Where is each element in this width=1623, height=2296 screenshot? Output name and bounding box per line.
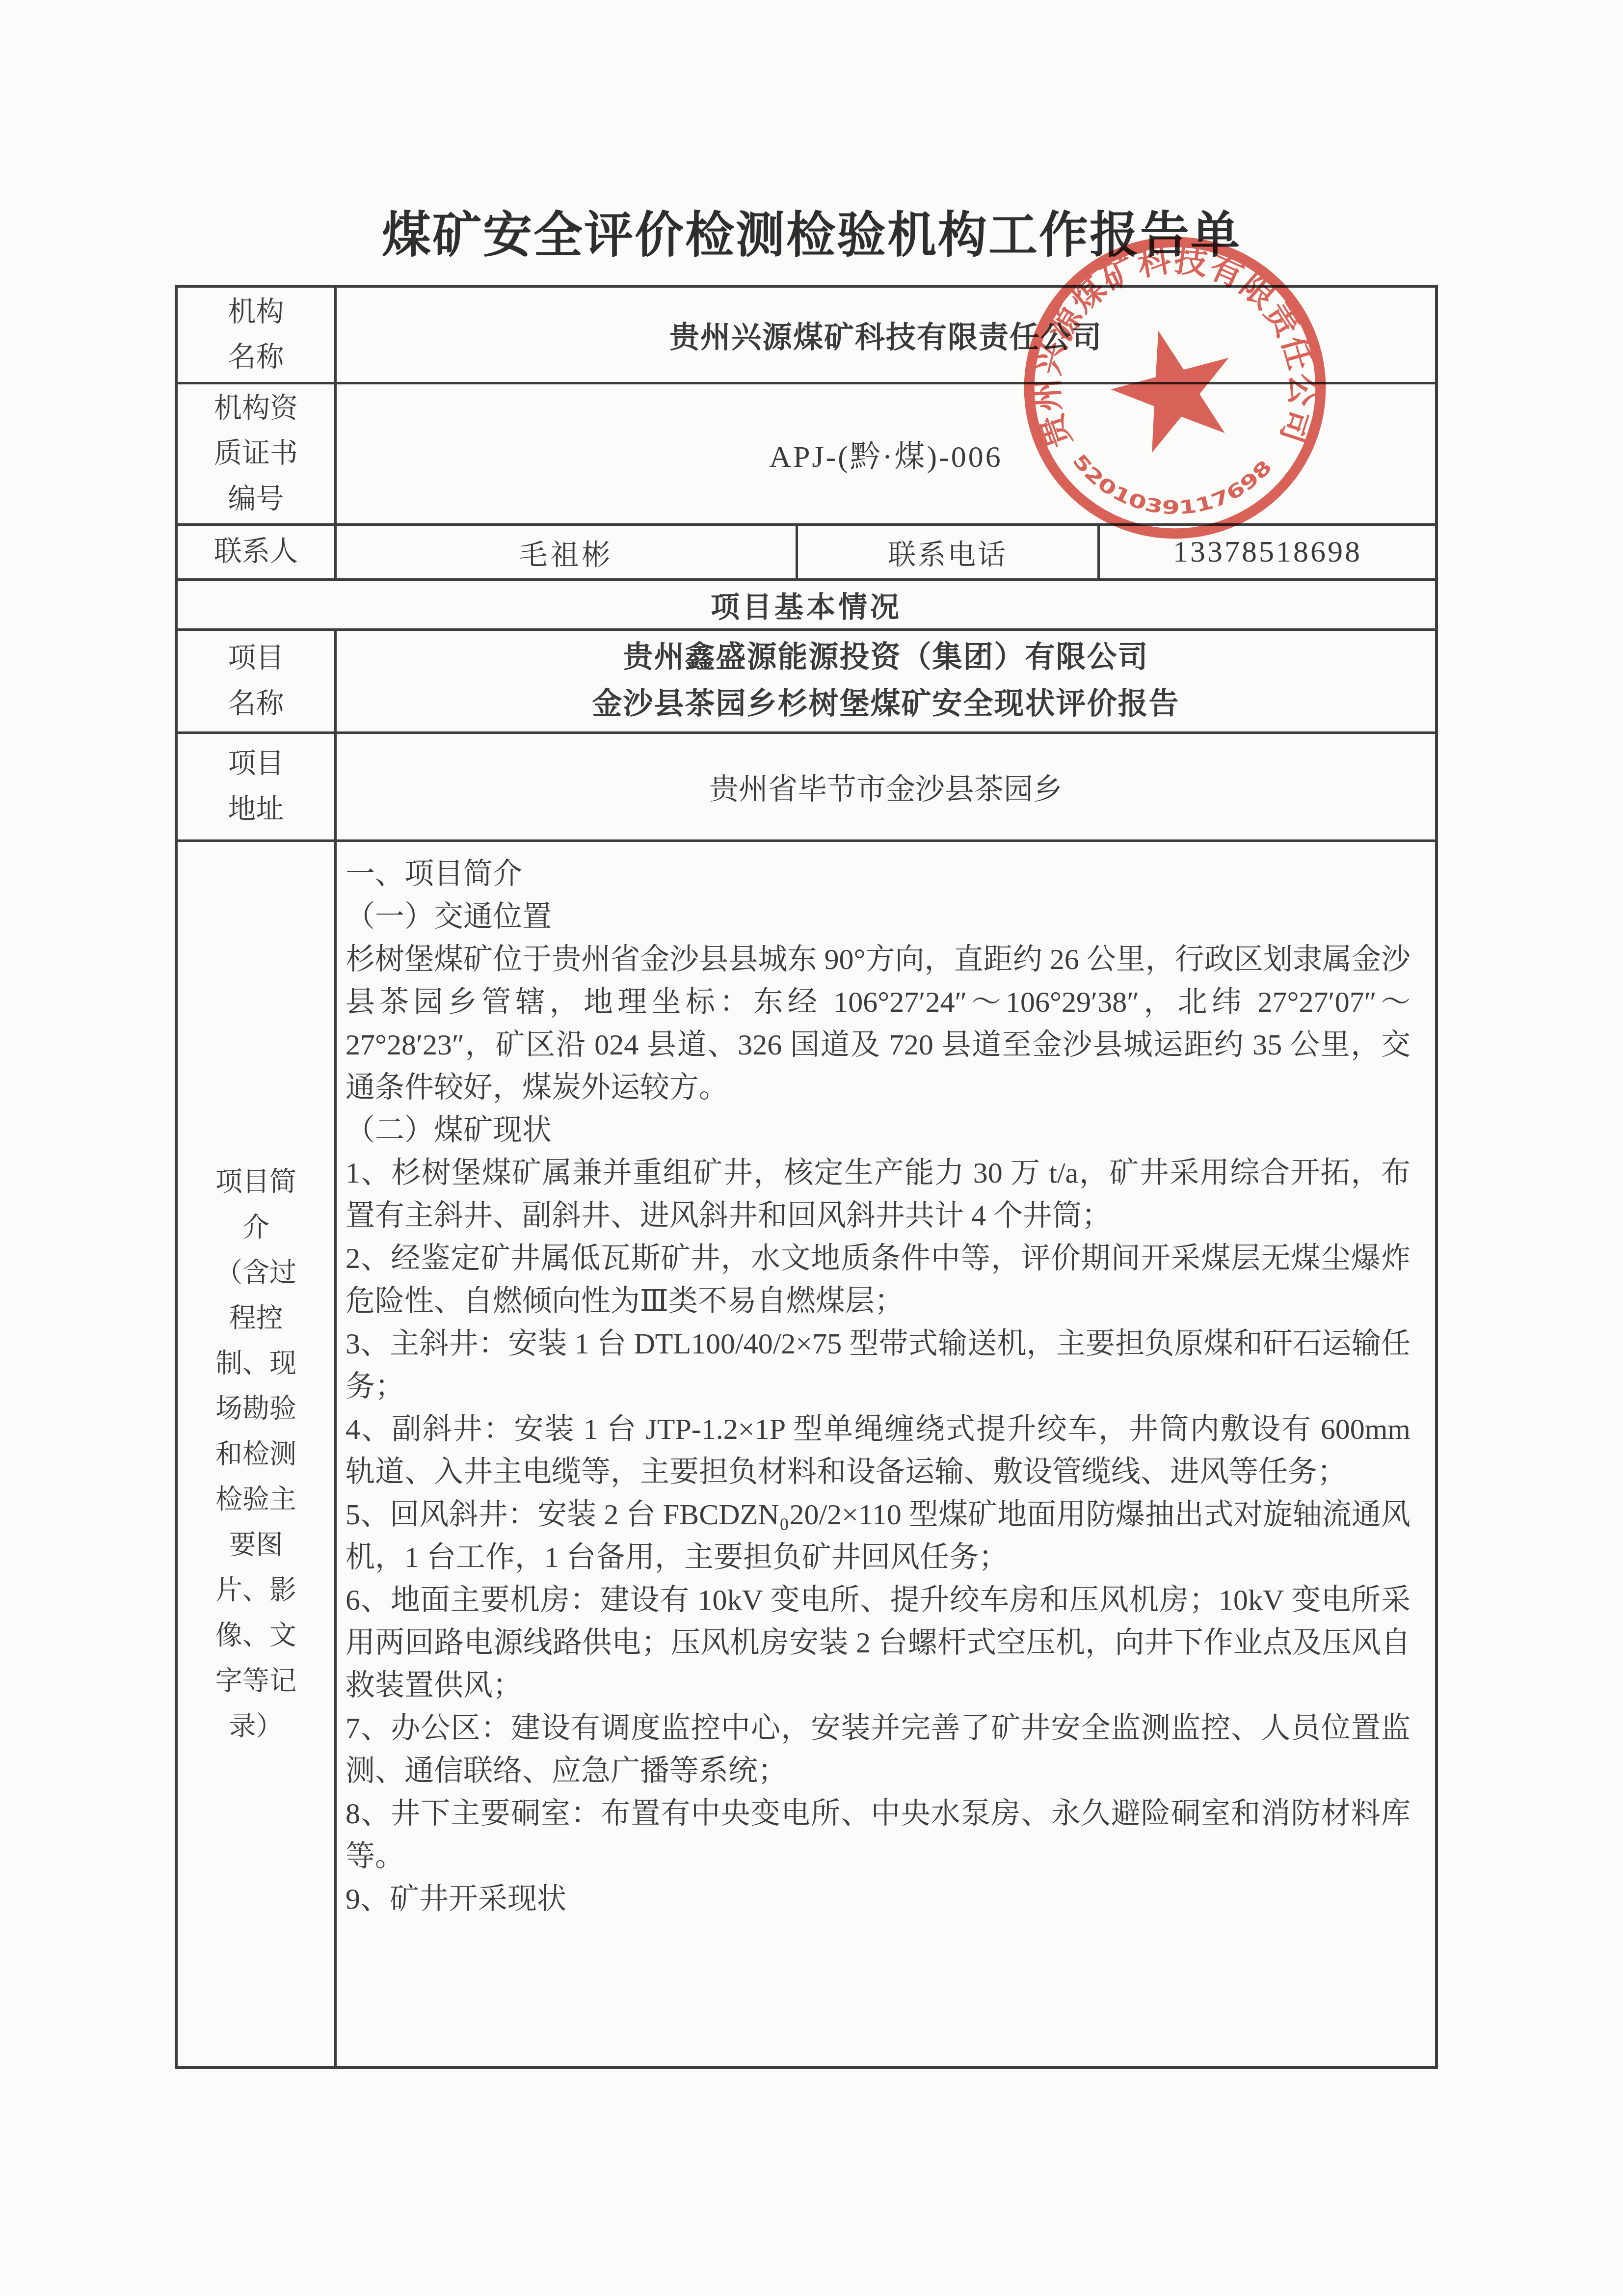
intro-paragraph: 3、主斜井：安装 1 台 DTL100/40/2×75 型带式输送机，主要担负原…: [346, 1323, 1410, 1408]
intro-paragraph: （二）煤矿现状: [346, 1109, 1410, 1152]
intro-paragraph: 杉树堡煤矿位于贵州省金沙县县城东 90°方向，直距约 26 公里，行政区划隶属金…: [346, 938, 1410, 1109]
intro-paragraph: （一）交通位置: [346, 895, 1410, 938]
org-name-label: 机构 名称: [178, 288, 337, 382]
intro-paragraph: 2、经鉴定矿井属低瓦斯矿井，水文地质条件中等，评价期间开采煤层无煤尘爆炸危险性、…: [346, 1237, 1410, 1323]
project-intro-label: 项目简 介 （含过 程控 制、现 场勘验 和检测 检验主 要图 片、影 像、文 …: [178, 842, 337, 2066]
project-name-line1: 贵州鑫盛源能源投资（集团）有限公司: [623, 635, 1148, 681]
project-intro-row: 项目简 介 （含过 程控 制、现 场勘验 和检测 检验主 要图 片、影 像、文 …: [178, 839, 1435, 2066]
contact-name-value: 毛祖彬: [337, 526, 796, 578]
intro-paragraph: 5、回风斜井：安装 2 台 FBCDZN₀20/2×110 型煤矿地面用防爆抽出…: [346, 1493, 1410, 1579]
intro-paragraph: 一、项目简介: [346, 853, 1410, 895]
project-name-label: 项目 名称: [178, 631, 337, 731]
intro-paragraph: 7、办公区：建设有调度监控中心，安装并完善了矿井安全监测监控、人员位置监测、通信…: [346, 1707, 1410, 1792]
project-address-row: 项目 地址 贵州省毕节市金沙县茶园乡: [178, 731, 1435, 839]
document-title: 煤矿安全评价检测检验机构工作报告单: [0, 195, 1623, 266]
project-name-value: 贵州鑫盛源能源投资（集团）有限公司 金沙县茶园乡杉树堡煤矿安全现状评价报告: [337, 631, 1435, 731]
contact-phone-label: 联系电话: [796, 526, 1100, 578]
org-name-row: 机构 名称 贵州兴源煤矿科技有限责任公司: [178, 288, 1435, 382]
cert-no-row: 机构资 质证书 编号 APJ-(黔·煤)-006: [178, 382, 1435, 523]
project-name-row: 项目 名称 贵州鑫盛源能源投资（集团）有限公司 金沙县茶园乡杉树堡煤矿安全现状评…: [178, 628, 1435, 731]
intro-paragraph: 9、矿井开采现状: [346, 1878, 1410, 1920]
section-header-row: 项目基本情况: [178, 578, 1435, 628]
contact-phone-value: 13378518698: [1100, 526, 1435, 578]
cert-no-label: 机构资 质证书 编号: [178, 384, 337, 523]
intro-paragraph: 6、地面主要机房：建设有 10kV 变电所、提升绞车房和压风机房；10kV 变电…: [346, 1579, 1410, 1707]
project-name-line2: 金沙县茶园乡杉树堡煤矿安全现状评价报告: [592, 681, 1179, 728]
intro-paragraph: 8、井下主要硐室：布置有中央变电所、中央水泵房、永久避险硐室和消防材料库等。: [346, 1792, 1410, 1878]
section-header: 项目基本情况: [178, 581, 1435, 628]
org-name-value: 贵州兴源煤矿科技有限责任公司: [337, 288, 1435, 382]
project-address-value: 贵州省毕节市金沙县茶园乡: [337, 734, 1435, 839]
report-table: 机构 名称 贵州兴源煤矿科技有限责任公司 机构资 质证书 编号 APJ-(黔·煤…: [175, 285, 1438, 2069]
cert-no-value: APJ-(黔·煤)-006: [337, 384, 1435, 523]
intro-paragraph: 1、杉树堡煤矿属兼并重组矿井，核定生产能力 30 万 t/a，矿井采用综合开拓，…: [346, 1152, 1410, 1237]
project-intro-text: 一、项目简介（一）交通位置杉树堡煤矿位于贵州省金沙县县城东 90°方向，直距约 …: [337, 842, 1435, 2066]
contact-label: 联系人: [178, 526, 337, 578]
report-sheet: 煤矿安全评价检测检验机构工作报告单 机构 名称 贵州兴源煤矿科技有限责任公司 机…: [0, 0, 1623, 2296]
intro-paragraph: 4、副斜井：安装 1 台 JTP-1.2×1P 型单绳缠绕式提升绞车，井筒内敷设…: [346, 1408, 1410, 1493]
project-address-label: 项目 地址: [178, 734, 337, 839]
contact-row: 联系人 毛祖彬 联系电话 13378518698: [178, 523, 1435, 578]
